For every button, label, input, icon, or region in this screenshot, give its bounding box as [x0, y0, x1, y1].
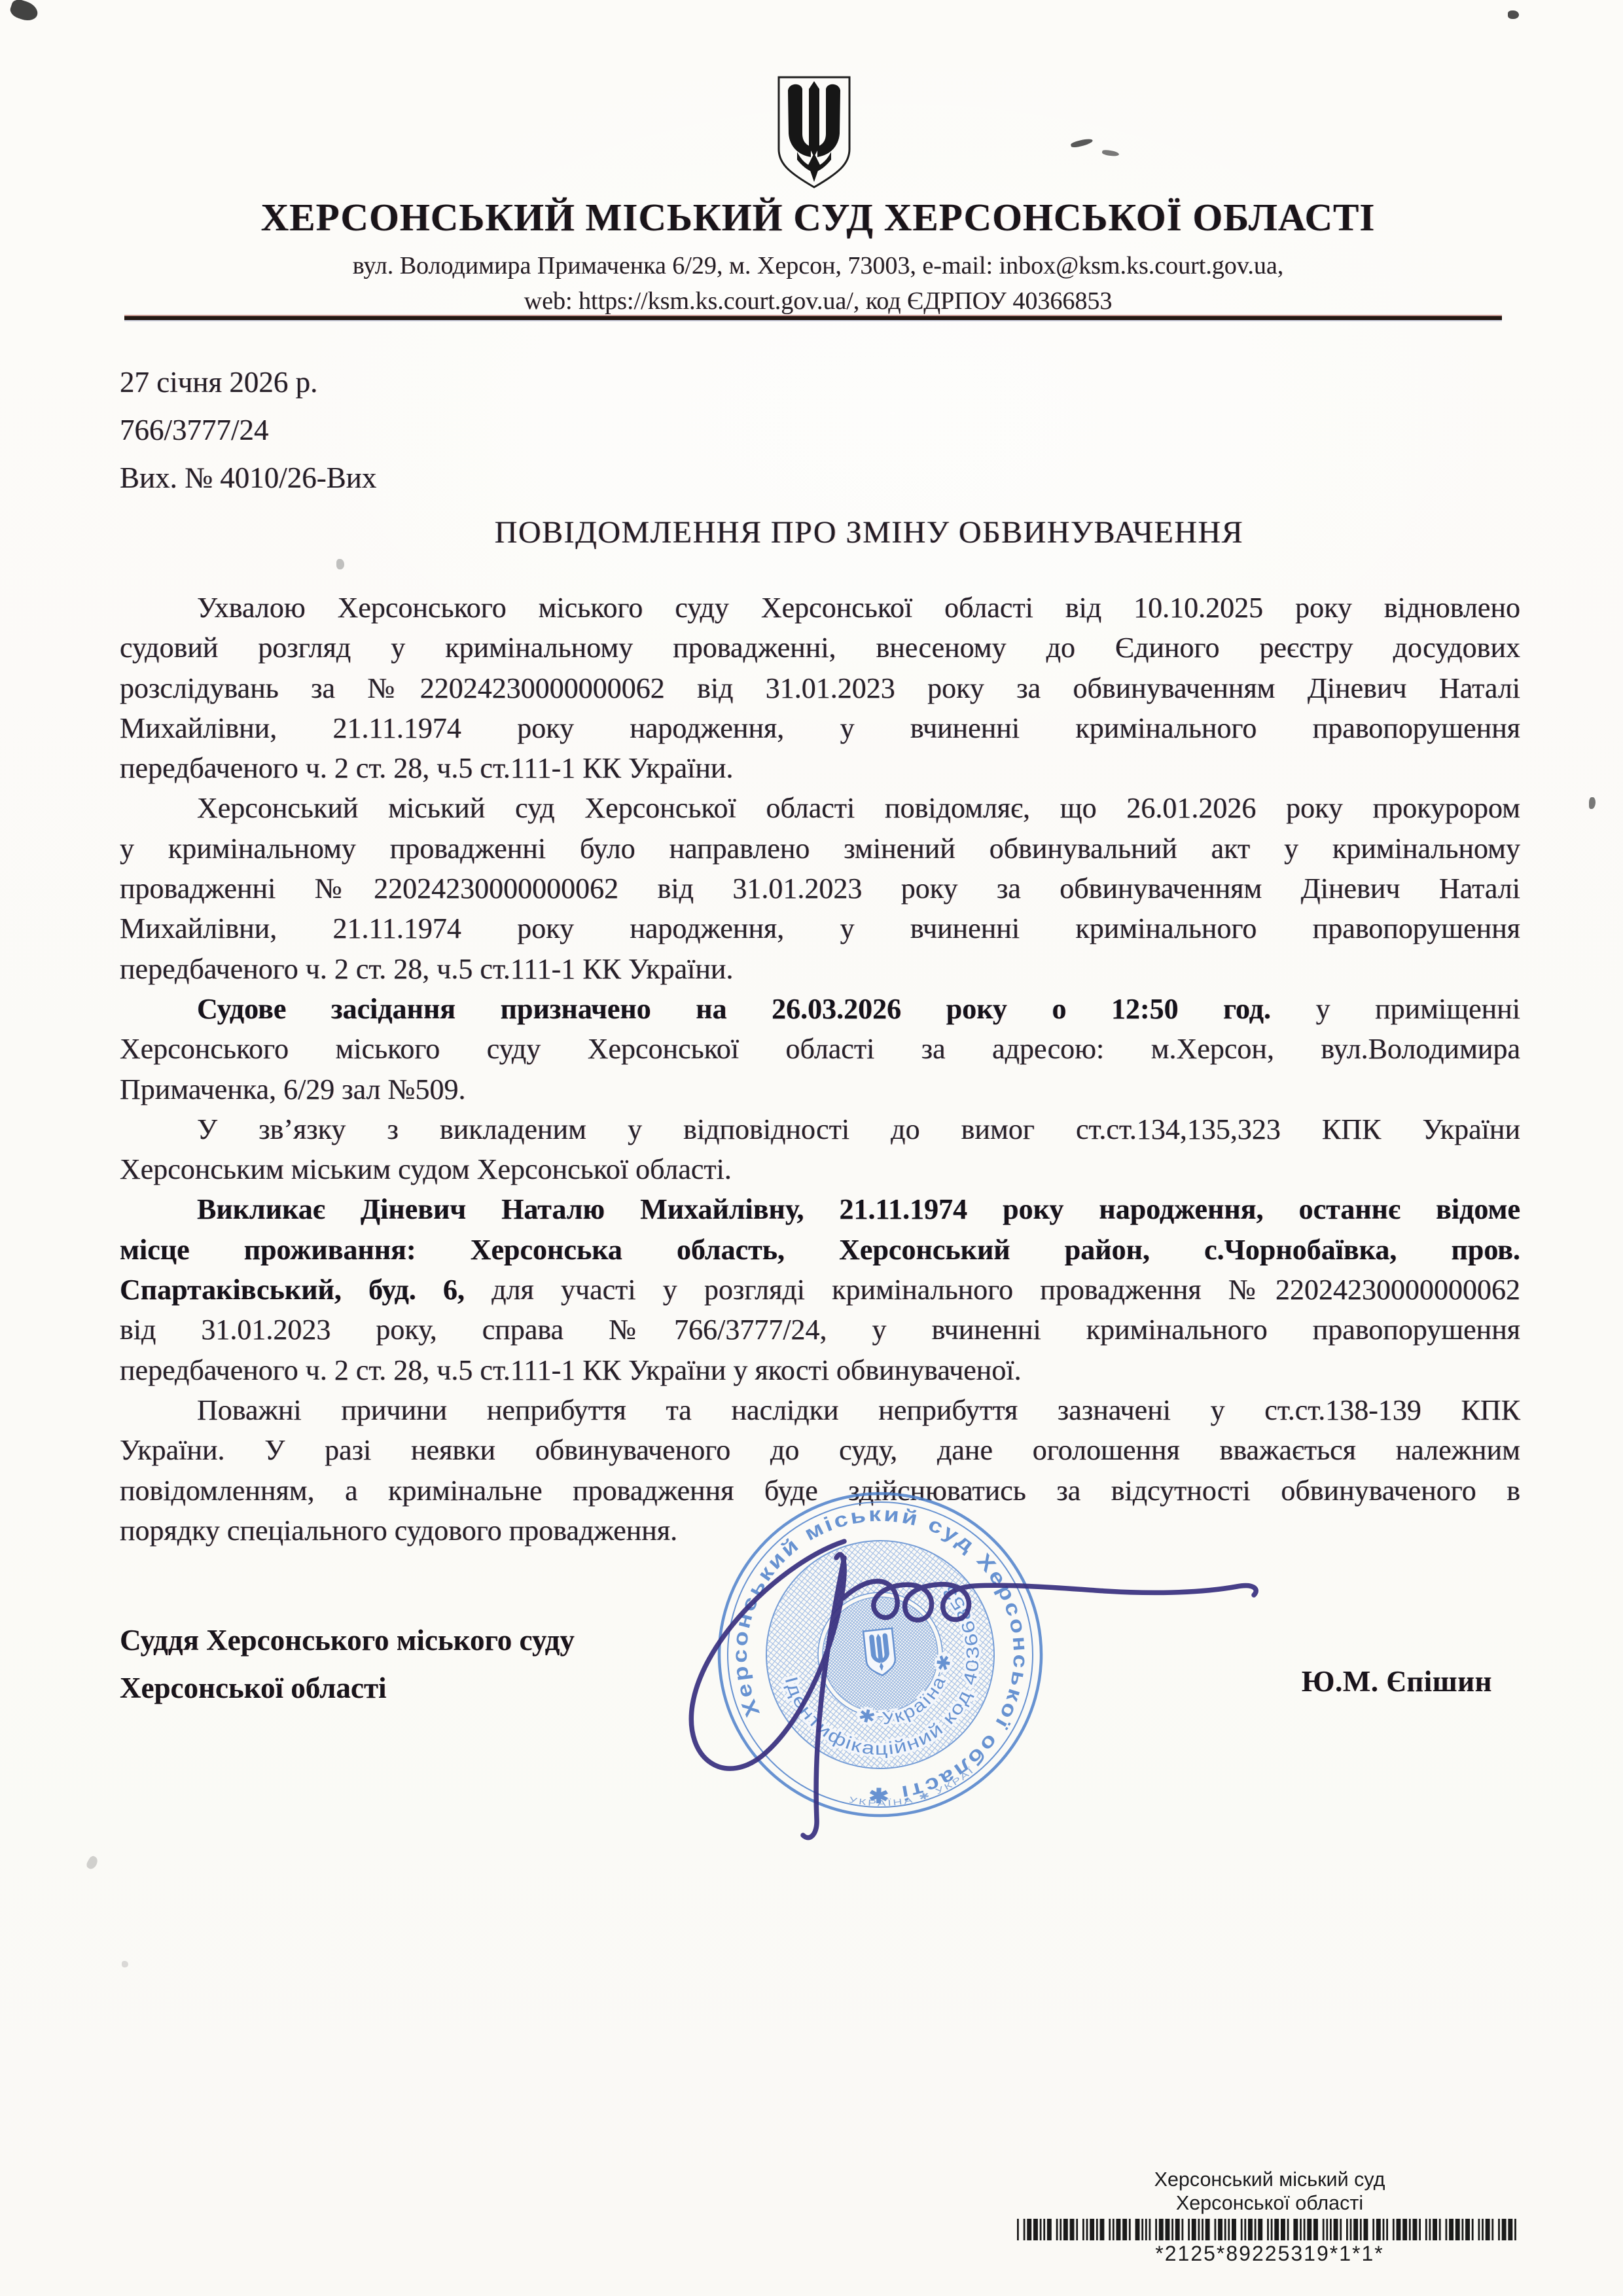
body-line: провадженні №22024230000000062 від 31.01… [120, 869, 1520, 908]
body-line: Михайлівни, 21.11.1974 року народження, … [120, 708, 1520, 748]
judge-title-line1: Суддя Херсонського міського суду [120, 1617, 575, 1664]
court-address-line2: web: https://ksm.ks.court.gov.ua/, код Є… [105, 287, 1531, 315]
body-line: Спартаківський, буд. 6, для участі у роз… [120, 1270, 1520, 1310]
judge-title: Суддя Херсонського міського суду Херсонс… [120, 1617, 575, 1712]
body-line: розслідувань за №22024230000000062 від 3… [120, 668, 1520, 708]
scan-artifact [1070, 137, 1093, 149]
court-emblem-icon [771, 73, 857, 192]
scan-artifact [122, 1961, 128, 1967]
barcode [1015, 2219, 1524, 2240]
body-text: Ухвалою Херсонського міського суду Херсо… [120, 588, 1520, 1551]
scan-artifact [1589, 797, 1596, 809]
header-rule [124, 316, 1502, 320]
court-stamp: Херсонський міський суд Херсонської обла… [648, 1453, 1315, 1872]
footer-court-line2: Херсонської області [1008, 2191, 1531, 2215]
scan-artifact [1508, 10, 1519, 19]
barcode-value: *2125*89225319*1*1* [1008, 2242, 1531, 2266]
footer-barcode-block: Херсонський міський суд Херсонської обла… [1008, 2168, 1531, 2266]
scan-artifact [9, 0, 41, 24]
body-line: судовий розгляд у кримінальному провадже… [120, 628, 1520, 668]
body-line: передбаченого ч. 2 ст. 28, ч.5 ст.111-1 … [120, 1350, 1520, 1390]
body-line: Херсонського міського суду Херсонської о… [120, 1029, 1520, 1069]
body-line: Судове засідання призначено на 26.03.202… [120, 989, 1520, 1029]
case-number: 766/3777/24 [120, 406, 376, 454]
body-line: Примаченка, 6/29 зал №509. [120, 1069, 1520, 1109]
body-line: Михайлівни, 21.11.1974 року народження, … [120, 908, 1520, 948]
body-line: Поважні причини неприбуття та наслідки н… [120, 1390, 1520, 1430]
body-line: у кримінальному провадженні було направл… [120, 829, 1520, 869]
body-line: місце проживання: Херсонська область, Хе… [120, 1230, 1520, 1270]
footer-court-line1: Херсонський міський суд [1008, 2168, 1531, 2191]
body-line: від 31.01.2023 року, справа №766/3777/24… [120, 1310, 1520, 1350]
body-line: Херсонським міським судом Херсонської об… [120, 1149, 1520, 1189]
scan-artifact [1102, 149, 1120, 157]
body-line: Херсонський міський суд Херсонської обла… [120, 788, 1520, 828]
body-line: Ухвалою Херсонського міського суду Херсо… [120, 588, 1520, 628]
scan-artifact [85, 1855, 99, 1871]
stamp-graphic: Херсонський міський суд Херсонської обла… [648, 1453, 1057, 1840]
court-name: ХЕРСОНСЬКИЙ МІСЬКИЙ СУД ХЕРСОНСЬКОЇ ОБЛА… [105, 195, 1531, 240]
court-address-line1: вул. Володимира Примаченка 6/29, м. Херс… [105, 251, 1531, 280]
body-line: передбаченого ч. 2 ст. 28, ч.5 ст.111-1 … [120, 748, 1520, 788]
doc-title: ПОВІДОМЛЕННЯ ПРО ЗМІНУ ОБВИНУВАЧЕННЯ [156, 514, 1582, 550]
outgoing-number: Вих. № 4010/26-Вих [120, 454, 376, 502]
body-line: У зв’язку з викладеним у відповідності д… [120, 1109, 1520, 1149]
body-line: Викликає Діневич Наталю Михайлівну, 21.1… [120, 1189, 1520, 1229]
scan-artifact [336, 559, 344, 569]
document-meta: 27 січня 2026 р. 766/3777/24 Вих. № 4010… [120, 359, 376, 502]
body-line: передбаченого ч. 2 ст. 28, ч.5 ст.111-1 … [120, 949, 1520, 989]
scanned-court-document: ХЕРСОНСЬКИЙ МІСЬКИЙ СУД ХЕРСОНСЬКОЇ ОБЛА… [0, 0, 1623, 2296]
judge-title-line2: Херсонської області [120, 1664, 575, 1712]
doc-date: 27 січня 2026 р. [120, 359, 376, 406]
